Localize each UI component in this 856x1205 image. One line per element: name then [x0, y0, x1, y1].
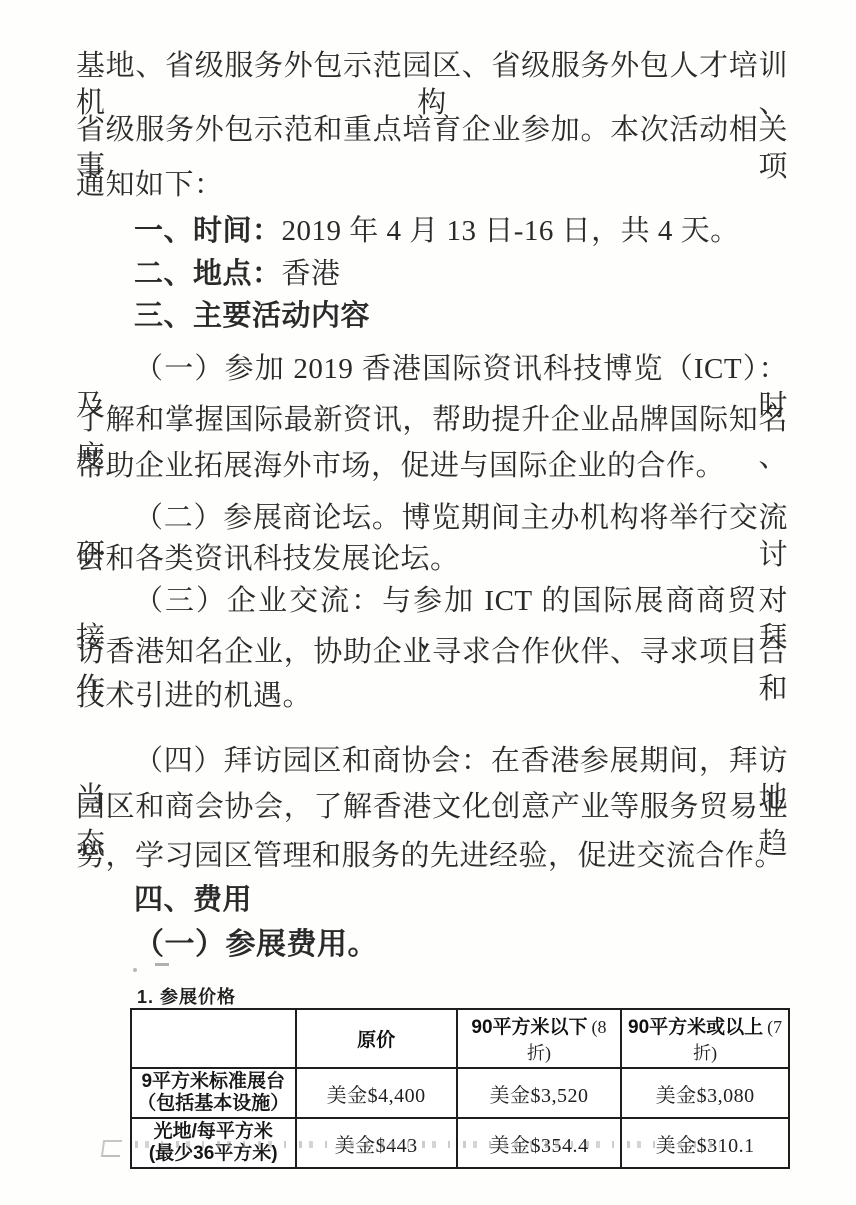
- item2-line-2: 会和各类资讯科技发展论坛。: [76, 541, 788, 578]
- heading-fee-sub: （一）参展费用。: [76, 926, 788, 963]
- price-7-discount: 美金$3,080: [621, 1068, 789, 1118]
- heading-section4-fee: 四、费用: [76, 882, 788, 919]
- text-run: 势，学习园区管理和服务的先进经验，促进交流合作。: [76, 840, 784, 872]
- heading-label: 四、费用: [134, 884, 252, 916]
- item4-line-3: 势，学习园区管理和服务的先进经验，促进交流合作。: [76, 838, 788, 875]
- heading-label: 三、主要活动内容: [134, 300, 370, 332]
- illegible-footnote-text-marks: [135, 1141, 720, 1148]
- header-under-90sqm: 90平方米以下(8折): [457, 1009, 622, 1068]
- item1-line-3: 帮助企业拓展海外市场，促进与国际企业的合作。: [76, 448, 788, 485]
- text-run: 帮助企业拓展海外市场，促进与国际企业的合作。: [76, 450, 725, 482]
- header-over-90sqm: 90平方米或以上(7折): [621, 1009, 789, 1068]
- row-label-line1: 9平方米标准展台: [134, 1071, 293, 1093]
- intro-line-3: 通知如下：: [76, 167, 788, 204]
- heading-section3-content: 三、主要活动内容: [76, 298, 788, 335]
- row-label-line1: 光地/每平方米: [134, 1121, 293, 1143]
- row-label-line2: （包括基本设施）: [134, 1093, 293, 1115]
- item3-line-3: 技术引进的机遇。: [76, 678, 788, 715]
- header-label: 原价: [357, 1030, 395, 1051]
- scanned-document-page: 基地、省级服务外包示范园区、省级服务外包人才培训机构、 省级服务外包示范和重点培…: [0, 0, 856, 1205]
- header-label: 90平方米或以上: [628, 1017, 763, 1038]
- scan-artifact-dot: [133, 968, 137, 972]
- text-run: 通知如下：: [76, 169, 224, 201]
- price-8-discount: 美金$3,520: [457, 1068, 622, 1118]
- table-row-standard-booth: 9平方米标准展台 （包括基本设施） 美金$4,400 美金$3,520 美金$3…: [131, 1068, 789, 1118]
- header-original-price: 原价: [296, 1009, 457, 1068]
- text-run: 会和各类资讯科技发展论坛。: [76, 543, 460, 575]
- illegible-footnote-lead-mark: [101, 1140, 122, 1157]
- heading-label: （一）参展费用。: [134, 928, 378, 961]
- header-label: 90平方米以下: [471, 1017, 587, 1038]
- text-run: 技术引进的机遇。: [76, 680, 312, 712]
- header-corner-cell: [131, 1009, 296, 1068]
- scan-artifact-dash: [155, 963, 169, 966]
- row-label-cell: 9平方米标准展台 （包括基本设施）: [131, 1068, 296, 1118]
- heading-label: 一、时间：: [134, 215, 282, 247]
- heading-value: 香港: [282, 258, 341, 290]
- heading-section2-location: 二、地点：香港: [76, 256, 788, 293]
- intro-line-1: 基地、省级服务外包示范园区、省级服务外包人才培训机构、: [76, 48, 788, 122]
- heading-value: 2019 年 4 月 13 日-16 日，共 4 天。: [282, 215, 740, 247]
- text-run: 基地、省级服务外包示范园区、省级服务外包人才培训机构、: [76, 50, 788, 119]
- price-original: 美金$4,400: [296, 1068, 457, 1118]
- heading-label: 二、地点：: [134, 258, 282, 290]
- price-table-header-row: 原价 90平方米以下(8折) 90平方米或以上(7折): [131, 1009, 789, 1068]
- heading-section1-time: 一、时间：2019 年 4 月 13 日-16 日，共 4 天。: [76, 213, 788, 250]
